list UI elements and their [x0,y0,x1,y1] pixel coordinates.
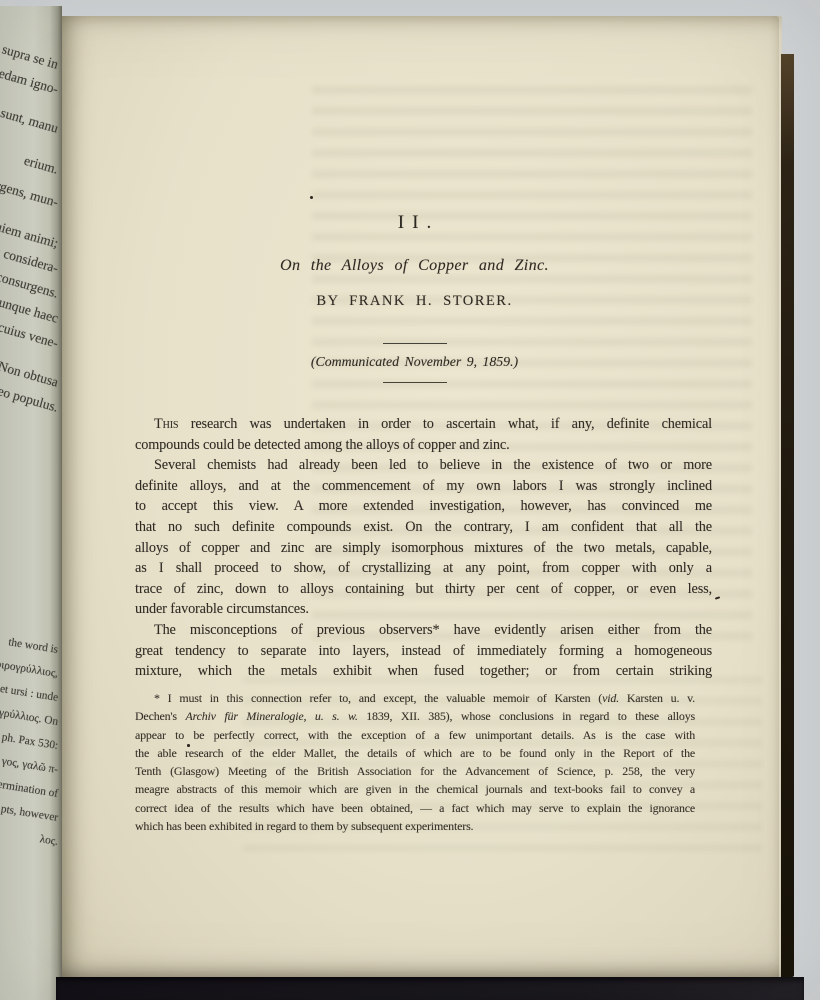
book-page-block-edge [781,54,794,977]
text-segment: research was undertaken in order to asce… [178,416,712,432]
book-cover-edge [56,977,804,1000]
text-segment: Karsten u. v. [619,691,695,705]
communicated-line: (Communicated November 9, 1859.) [126,354,703,370]
text-line: alloys of copper and zinc are simply iso… [135,538,712,559]
right-page: II. On the Alloys of Copper and Zinc. BY… [62,16,782,977]
text-segment: Archiv für Mineralogie, u. s. w. [185,709,357,723]
text-line: as I shall proceed to show, of crystalli… [135,558,712,579]
text-line: great tendency to separate into layers, … [135,641,712,662]
text-segment: his [163,416,179,432]
text-line: the able research of the elder Mallet, t… [135,744,695,762]
section-number: II. [126,212,703,234]
text-line: meagre abstracts of this memoir which ar… [135,780,695,798]
text-line: under favorable circumstances. [135,599,712,620]
ink-speck [187,744,190,747]
text-segment: T [154,416,163,432]
article-body: This research was undertaken in order to… [135,414,712,682]
text-line: Several chemists had already been led to… [135,455,712,476]
text-line: Dechen's Archiv für Mineralogie, u. s. w… [135,707,695,725]
text-line: compounds could be detected among the al… [135,435,712,456]
left-page: tur supra se inquaedam igno-era sunt, ma… [0,6,62,1000]
ink-speck [715,596,720,599]
text-line: Tenth (Glasgow) Meeting of the British A… [135,762,695,780]
divider-rule-bottom [135,382,712,383]
byline: BY FRANK H. STORER. [126,293,703,310]
left-page-text-upper: tur supra se inquaedam igno-era sunt, ma… [0,52,58,420]
text-line: which has been exhibited in regard to th… [135,817,695,835]
footnote: * I must in this connection refer to, an… [135,689,695,835]
text-line: definite alloys, and at the commencement… [135,476,712,497]
ink-speck [310,196,313,199]
text-segment: * I must in this connection refer to, an… [154,691,602,705]
text-line: correct idea of the results which have b… [135,799,695,817]
divider-rule-top [135,343,712,344]
text-line: to accept this view. A more extended inv… [135,496,712,517]
text-segment: Dechen's [135,709,185,723]
left-page-text-lower: the word isχοιρογρύλλιος,et ursi : undeγ… [0,638,58,854]
text-line: This research was undertaken in order to… [135,414,712,435]
text-line: * I must in this connection refer to, an… [135,689,695,707]
text-line: appear to be perfectly correct, with the… [135,726,695,744]
book-photo: tur supra se inquaedam igno-era sunt, ma… [0,0,820,1000]
text-segment: vid. [602,691,619,705]
text-line: mixture, which the metals exhibit when f… [135,661,712,682]
article-title: On the Alloys of Copper and Zinc. [126,257,703,275]
text-line: that no such definite compounds exist. O… [135,517,712,538]
text-segment: 1839, XII. 385), whose conclusions in re… [358,709,695,723]
text-line: The misconceptions of previous observers… [135,620,712,641]
text-line: trace of zinc, down to alloys containing… [135,579,712,600]
